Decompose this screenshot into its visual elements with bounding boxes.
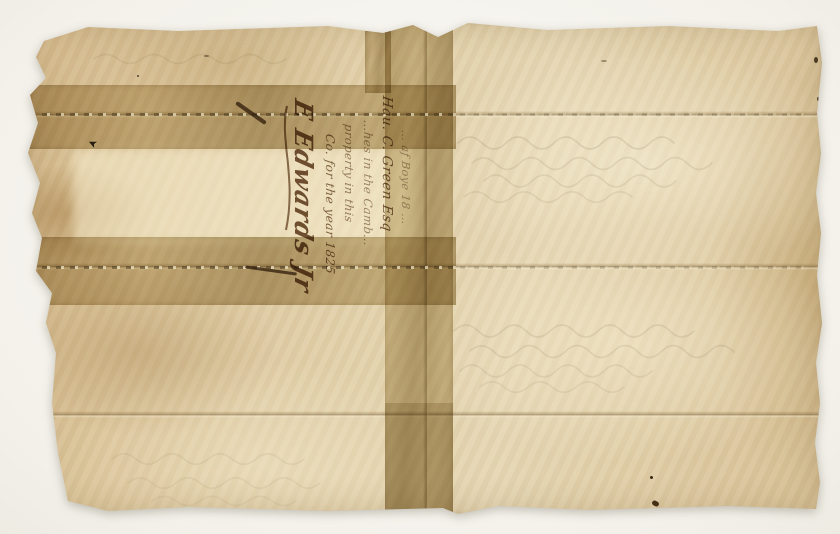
- signature: E Edwards Jr: [289, 96, 318, 287]
- document-paper-wrapper: … af Boye 18 … Hau. C. Green Esq …hes in…: [28, 23, 822, 514]
- docket-text-block: … af Boye 18 … Hau. C. Green Esq …hes in…: [285, 94, 415, 284]
- ink-spot: [204, 55, 209, 57]
- docket-line-4: property in this: [339, 123, 358, 286]
- document-paper: … af Boye 18 … Hau. C. Green Esq …hes in…: [28, 23, 822, 514]
- docket-line-5: Co. for the year 1825: [320, 133, 339, 286]
- signature-flourish: [281, 104, 293, 234]
- ink-spot: [814, 57, 818, 63]
- scan-background: … af Boye 18 … Hau. C. Green Esq …hes in…: [0, 0, 840, 534]
- ink-spot: [817, 97, 820, 101]
- docket-line-1: … af Boye 18 …: [396, 129, 415, 286]
- docket-line-3: …hes in the Camb…: [358, 119, 377, 286]
- ink-spot: [650, 476, 653, 479]
- ink-spot: [137, 75, 139, 77]
- bleedthrough-writing: [28, 23, 822, 514]
- ink-spot: [601, 60, 607, 62]
- docket-line-2: Hau. C. Green Esq: [377, 95, 396, 286]
